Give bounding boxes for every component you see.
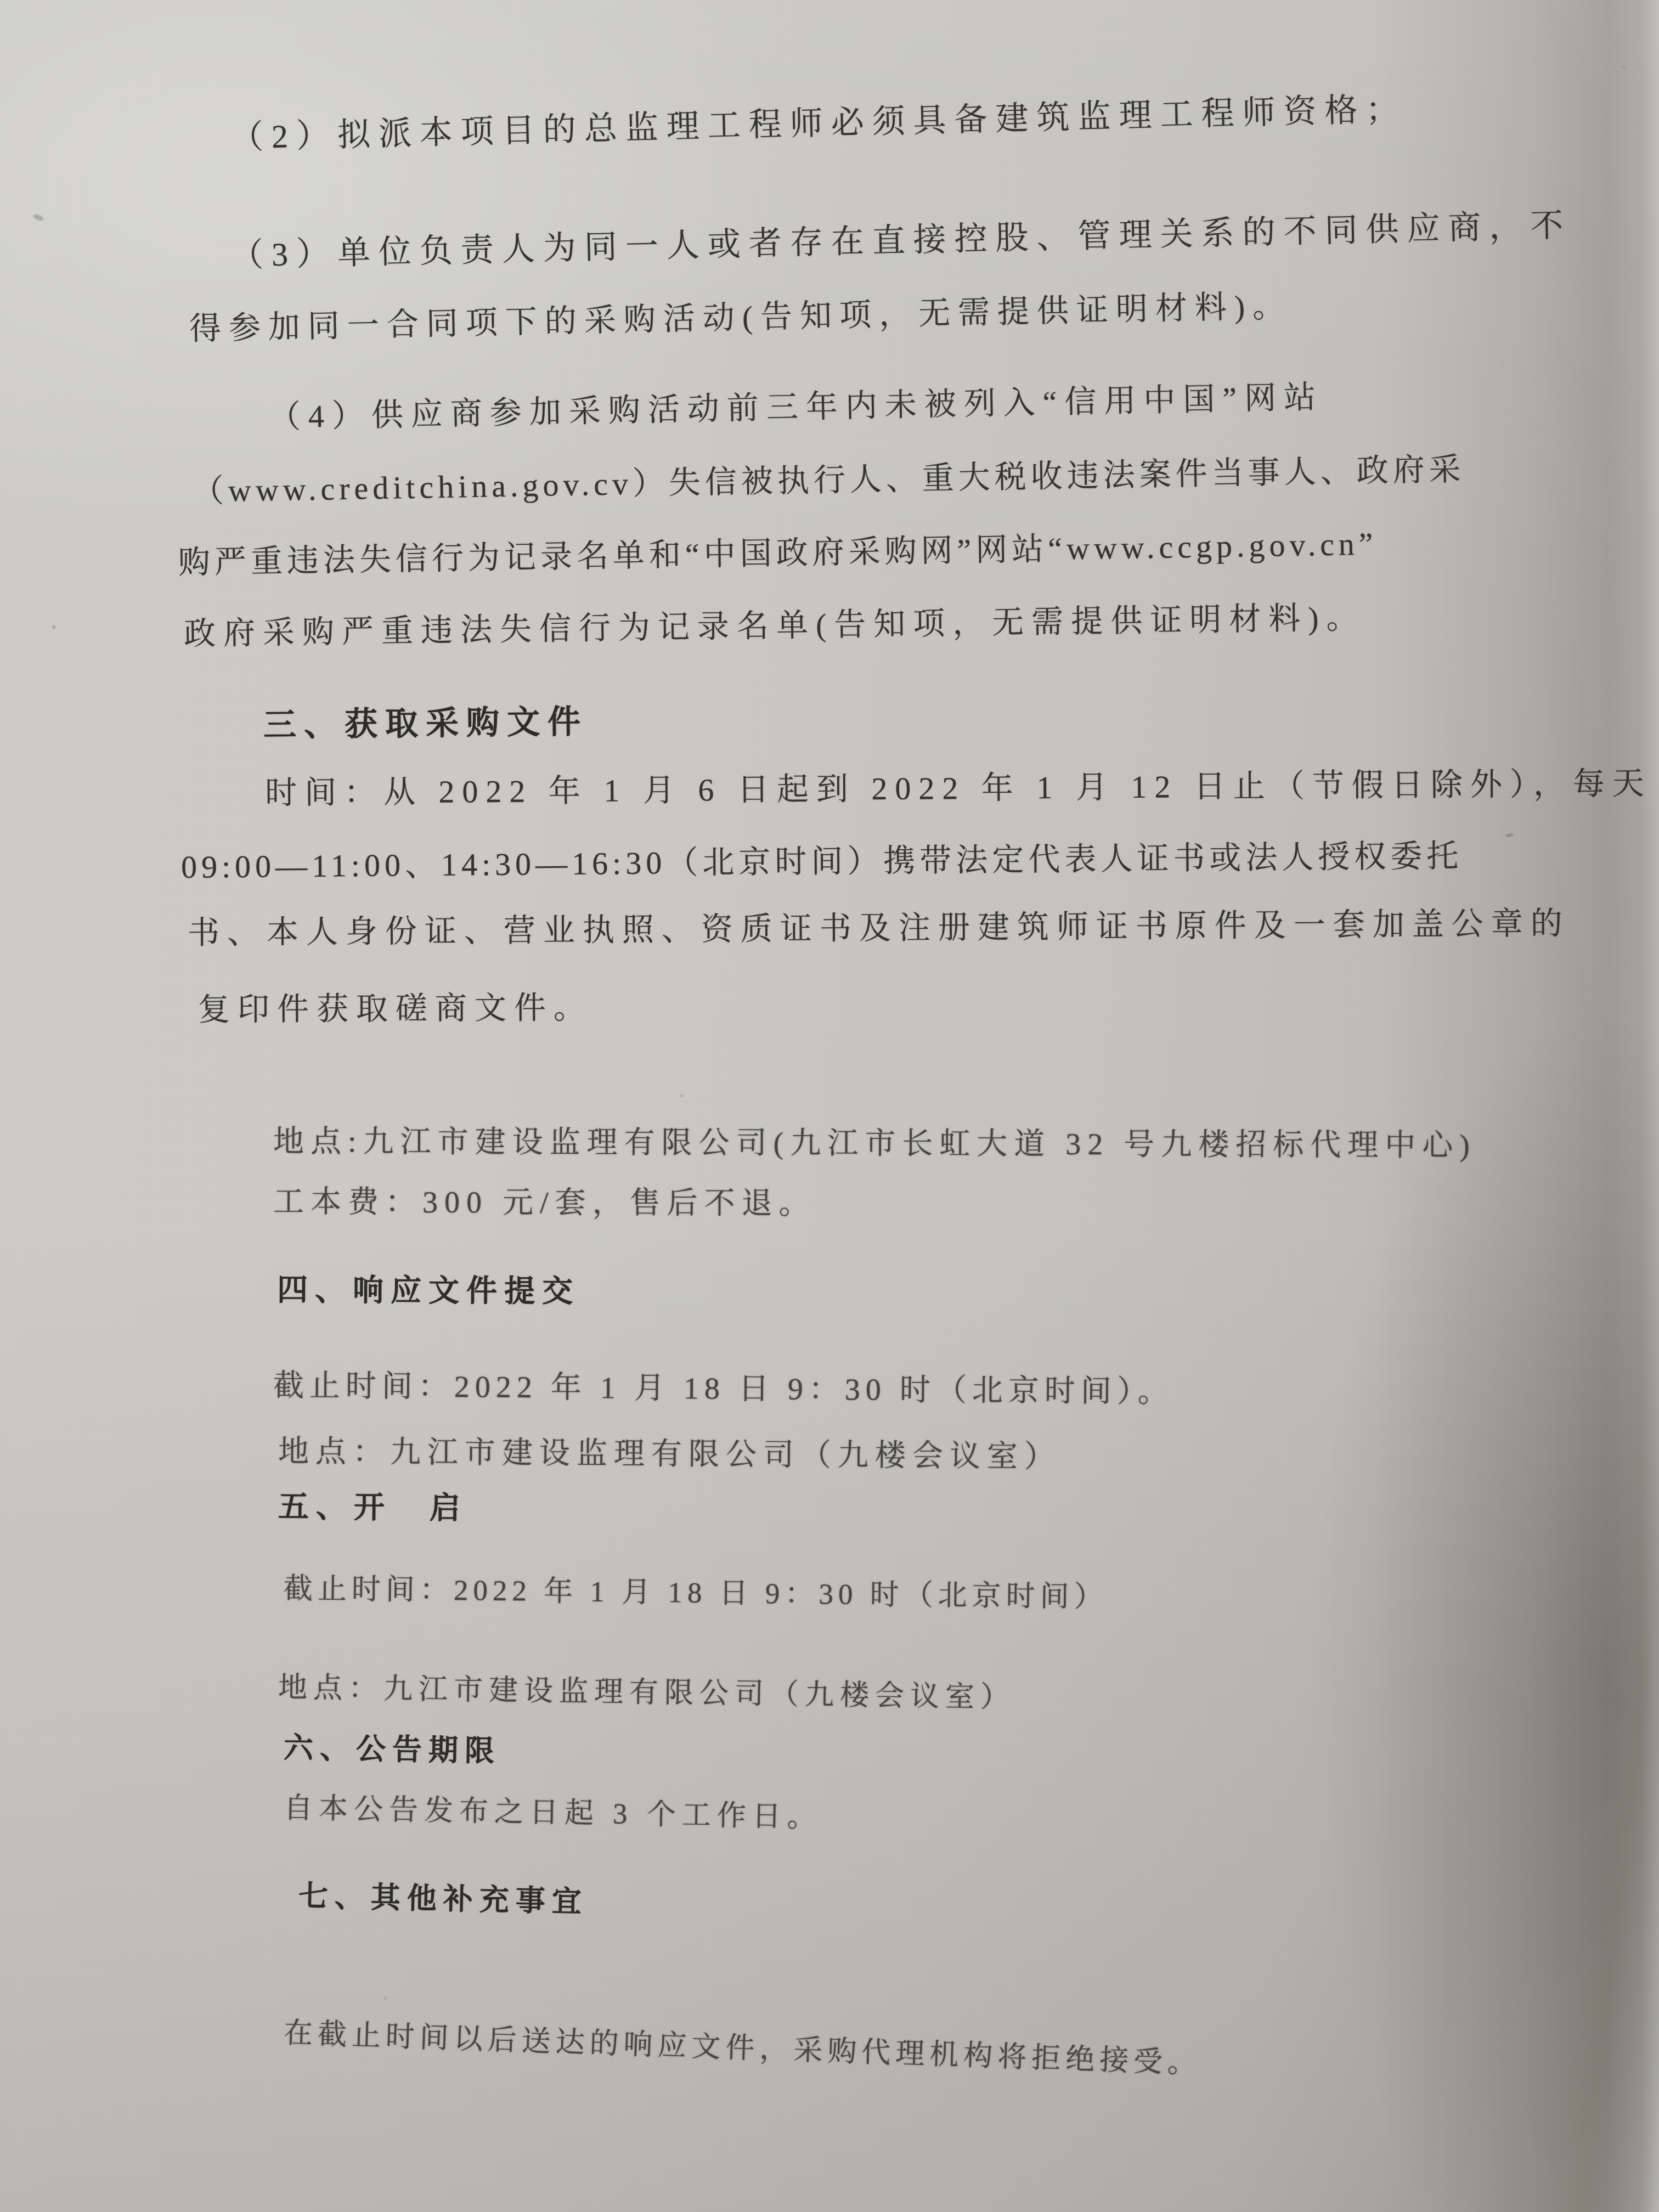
clause-3-line-1: （3）单位负责人为同一人或者存在直接控股、管理关系的不同供应商，不 (230, 207, 1572, 275)
section-3-fee: 工本费：300 元/套，售后不退。 (273, 1184, 816, 1222)
section-3-location: 地点:九江市建设监理有限公司(九江市长虹大道 32 号九楼招标代理中心) (273, 1124, 1476, 1164)
section-3-time-line-3: 书、本人身份证、营业执照、资质证书及注册建筑师证书原件及一套加盖公章的 (188, 905, 1570, 951)
section-7-heading: 七、其他补充事宜 (298, 1879, 588, 1919)
section-4-heading: 四、响应文件提交 (277, 1272, 580, 1309)
section-7-note: 在截止时间以后送达的响应文件，采购代理机构将拒绝接受。 (283, 2017, 1202, 2080)
clause-4-line-2: （www.creditchina.gov.cv）失信被执行人、重大税收违法案件当… (191, 451, 1465, 510)
clause-4-line-4: 政府采购严重违法失信行为记录名单(告知项，无需提供证明材料)。 (184, 600, 1366, 653)
clause-4-line-3: 购严重违法失信行为记录名单和“中国政府采购网”网站“www.ccgp.gov.c… (178, 526, 1378, 582)
document-photo: （2）拟派本项目的总监理工程师必须具备建筑监理工程师资格； （3）单位负责人为同… (0, 0, 1659, 2212)
section-5-heading: 五、开 启 (278, 1489, 468, 1526)
clause-2: （2）拟派本项目的总监理工程师必须具备建筑监理工程师资格； (230, 91, 1407, 157)
clause-3-line-2: 得参加同一合同项下的采购活动(告知项，无需提供证明材料)。 (189, 288, 1293, 348)
clause-4-line-1: （4）供应商参加采购活动前三年内未被列入“信用中国”网站 (268, 379, 1323, 436)
section-3-time-line-1: 时间：从 2022 年 1 月 6 日起到 2022 年 1 月 12 日止（节… (265, 765, 1652, 811)
section-5-deadline: 截止时间：2022 年 1 月 18 日 9：30 时（北京时间） (284, 1572, 1108, 1615)
section-4-deadline: 截止时间：2022 年 1 月 18 日 9：30 时（北京时间）。 (273, 1368, 1174, 1410)
section-5-location: 地点：九江市建设监理有限公司（九楼会议室） (278, 1671, 1016, 1715)
section-3-heading: 三、获取采购文件 (263, 703, 589, 744)
section-3-time-line-4: 复印件获取磋商文件。 (198, 990, 593, 1028)
document-text: （2）拟派本项目的总监理工程师必须具备建筑监理工程师资格； （3）单位负责人为同… (0, 0, 1659, 2212)
section-6-duration: 自本公告发布之日起 3 个工作日。 (283, 1792, 822, 1835)
section-3-time-line-2: 09:00—11:00、14:30—16:30（北京时间）携带法定代表人证书或法… (181, 838, 1463, 886)
section-4-location: 地点：九江市建设监理有限公司（九楼会议室） (278, 1434, 1062, 1475)
section-6-heading: 六、公告期限 (284, 1731, 501, 1768)
